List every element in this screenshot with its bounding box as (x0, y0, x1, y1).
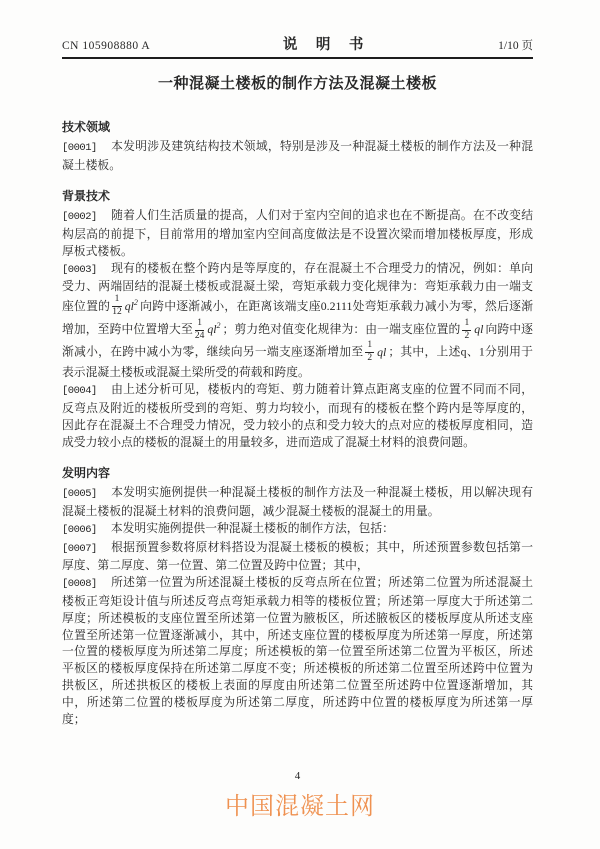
header-row: CN 105908880 A 说 明 书 1/10 页 (62, 33, 533, 54)
paragraph: [0001]本发明涉及建筑结构技术领域，特别是涉及一种混凝土楼板的制作方法及一种… (62, 138, 533, 174)
patent-specification-page: CN 105908880 A 说 明 书 1/10 页 一种混凝土楼板的制作方法… (0, 0, 600, 849)
fraction-denominator: 2 (365, 353, 374, 364)
fraction-numerator: 1 (112, 295, 122, 307)
fraction-numerator: 1 (365, 341, 374, 353)
paragraph-text: 根据预置参数将原材料搭设为混凝土楼板的模板；其中，所述预置参数包括第一厚度、第二… (62, 540, 533, 573)
fraction: 112 (112, 295, 122, 318)
fraction-numerator: 1 (195, 319, 205, 331)
fraction: 124 (195, 319, 205, 342)
paragraph: [0007]根据预置参数将原材料搭设为混凝土楼板的模板；其中，所述预置参数包括第… (62, 539, 533, 575)
paragraph: [0008]所述第一位置为所述混凝土楼板的反弯点所在位置；所述第二位置为所述混凝… (62, 574, 533, 727)
fraction: 12 (365, 341, 374, 364)
section-heading: 技术领域 (62, 119, 533, 136)
section-heading: 背景技术 (62, 188, 533, 205)
fraction-numerator: 1 (462, 319, 471, 331)
paragraph: [0002]随着人们生活质量的提高，人们对于室内空间的追求也在不断提高。在不改变… (62, 207, 533, 259)
page-number: 4 (62, 770, 533, 782)
paragraph-number: [0008] (62, 578, 97, 590)
paragraph-text: 所述第一位置为所述混凝土楼板的反弯点所在位置；所述第二位置为所述混凝土楼板正弯矩… (62, 575, 533, 725)
paragraph-number: [0003] (62, 264, 97, 276)
math-variable: ql2 (125, 299, 138, 313)
math-superscript: 2 (134, 298, 138, 307)
paragraph: [0005]本发明实施例提供一种混凝土楼板的制作方法及一种混凝土楼板，用以解决现… (62, 484, 533, 520)
math-variable: ql (377, 345, 386, 359)
content-blocks: 技术领域[0001]本发明涉及建筑结构技术领域，特别是涉及一种混凝土楼板的制作方… (62, 119, 533, 727)
paragraph-number: [0001] (62, 142, 97, 154)
header-rule (62, 57, 533, 59)
paragraph: [0003]现有的楼板在整个跨内是等厚度的，存在混凝土不合理受力的情况，例如：单… (62, 260, 533, 382)
paragraph-number: [0004] (62, 385, 97, 397)
math-variable: ql2 (207, 322, 220, 336)
watermark-text: 中国混凝土网 (0, 786, 600, 821)
math-variable: ql (474, 322, 483, 336)
paragraph-number: [0005] (62, 488, 97, 500)
paragraph-text: 由上述分析可见，楼板内的弯矩、剪力随着计算点距离支座的位置不同而不同，反弯点及附… (62, 382, 533, 448)
paragraph-number: [0006] (62, 524, 97, 536)
paragraph-number: [0002] (62, 211, 97, 223)
paragraph-text: 本发明实施例提供一种混凝土楼板的制作方法，包括： (111, 521, 394, 535)
page-header: CN 105908880 A 说 明 书 1/10 页 (62, 33, 533, 59)
section-heading: 发明内容 (62, 465, 533, 482)
fraction: 12 (462, 319, 471, 342)
paragraph-text: 随着人们生活质量的提高，人们对于室内空间的追求也在不断提高。在不改变结构层高的前… (62, 208, 533, 258)
paragraph: [0004]由上述分析可见，楼板内的弯矩、剪力随着计算点距离支座的位置不同而不同… (62, 381, 533, 450)
page-indicator: 1/10 页 (498, 37, 533, 53)
paragraph-text: 本发明涉及建筑结构技术领域，特别是涉及一种混凝土楼板的制作方法及一种混凝土楼板。 (62, 139, 533, 172)
document-number: CN 105908880 A (62, 40, 150, 52)
fraction-denominator: 12 (112, 307, 122, 318)
math-superscript: 2 (217, 321, 221, 330)
fraction-denominator: 24 (195, 331, 205, 342)
paragraph-number: [0007] (62, 543, 97, 555)
invention-title: 一种混凝土楼板的制作方法及混凝土楼板 (62, 72, 533, 93)
document-type-label: 说 明 书 (283, 33, 366, 54)
paragraph-text: 本发明实施例提供一种混凝土楼板的制作方法及一种混凝土楼板，用以解决现有混凝土楼板… (62, 485, 533, 518)
fraction-denominator: 2 (462, 331, 471, 342)
document-body: 一种混凝土楼板的制作方法及混凝土楼板 技术领域[0001]本发明涉及建筑结构技术… (62, 68, 533, 727)
paragraph-text: ；剪力绝对值变化规律为：由一端支座位置的 (223, 322, 461, 336)
paragraph: [0006]本发明实施例提供一种混凝土楼板的制作方法，包括： (62, 520, 533, 539)
